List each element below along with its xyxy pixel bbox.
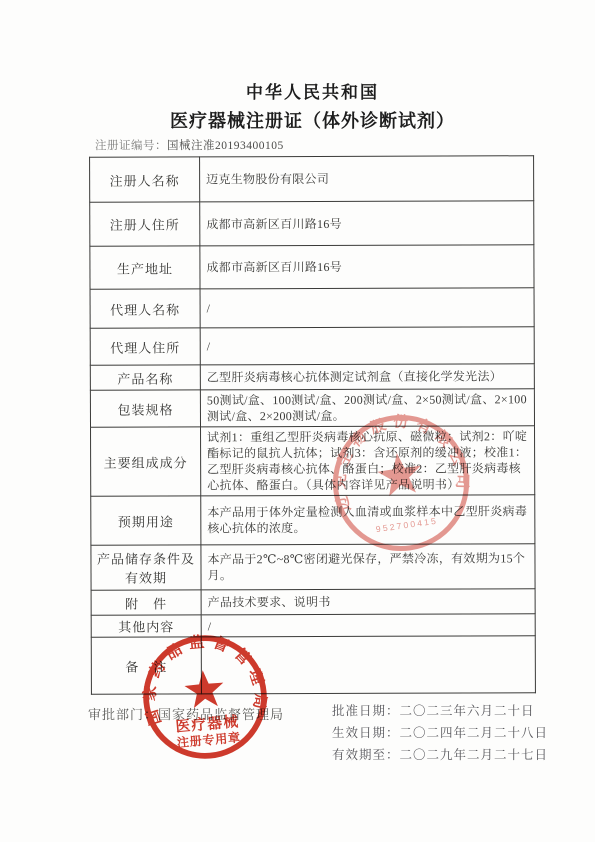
row-value: / xyxy=(201,614,535,637)
row-label: 注册人住所 xyxy=(90,202,200,246)
table-row: 预期用途 本产品用于体外定量检测人血清或血浆样本中乙型肝炎病毒核心抗体的浓度。 xyxy=(91,495,535,546)
table-row: 产品名称 乙型肝炎病毒核心抗体测定试剂盒（直接化学发光法） xyxy=(90,364,534,391)
authority-seal-line2: 注册专用章 xyxy=(176,729,241,750)
table-row: 代理人住所 / xyxy=(90,327,534,366)
row-value: / xyxy=(200,288,534,328)
table-row: 注册人住所 成都市高新区百川路16号 xyxy=(90,201,534,247)
row-label: 备 注 xyxy=(91,637,201,694)
registration-number: 国械注准20193400105 xyxy=(167,140,284,152)
approval-department-label: 审批部门： xyxy=(88,707,158,722)
expiry-date-line: 有效期至：二〇二九年二月二十七日 xyxy=(332,744,548,766)
table-row: 代理人名称 / xyxy=(90,288,534,329)
row-value: 本产品于2℃~8℃密闭避光保存，严禁冷冻，有效期为15个月。 xyxy=(201,544,535,590)
row-label: 产品名称 xyxy=(90,365,200,390)
country-title: 中华人民共和国 xyxy=(90,78,535,103)
certificate-title: 医疗器械注册证（体外诊断试剂） xyxy=(90,107,535,133)
approval-department: 国家药品监督管理局 xyxy=(158,707,284,722)
row-value: 乙型肝炎病毒核心抗体测定试剂盒（直接化学发光法） xyxy=(200,364,534,390)
table-row: 其他内容 / xyxy=(91,614,535,638)
row-label: 代理人名称 xyxy=(90,289,200,328)
row-label: 主要组成成分 xyxy=(91,427,201,496)
row-value: 成都市高新区百川路16号 xyxy=(200,201,534,246)
row-label: 包装规格 xyxy=(90,390,200,427)
row-label: 生产地址 xyxy=(90,246,200,289)
table-row: 附 件 产品技术要求、说明书 xyxy=(91,589,535,616)
effective-date-label: 生效日期： xyxy=(332,726,400,740)
row-value: 50测试/盒、100测试/盒、200测试/盒、2×50测试/盒、2×100测试/… xyxy=(200,389,534,427)
table-row: 主要组成成分 试剂1：重组乙型肝炎病毒核心抗原、磁微粒；试剂2：吖啶酯标记的鼠抗… xyxy=(91,426,535,497)
expiry-date: 二〇二九年二月二十七日 xyxy=(400,748,549,762)
document-header: 中华人民共和国 医疗器械注册证（体外诊断试剂） xyxy=(90,78,535,133)
approval-date: 二〇二三年六月二十日 xyxy=(400,704,535,718)
row-label: 产品储存条件及有效期 xyxy=(91,545,201,590)
approval-date-label: 批准日期： xyxy=(332,704,400,718)
row-value: 产品技术要求、说明书 xyxy=(201,589,535,615)
row-label: 预期用途 xyxy=(91,496,201,545)
effective-date: 二〇二四年二月二十八日 xyxy=(400,726,549,740)
row-value: / xyxy=(200,327,534,365)
certificate-page: 中华人民共和国 医疗器械注册证（体外诊断试剂） 注册证编号：国械注准201934… xyxy=(0,0,595,842)
approval-date-line: 批准日期：二〇二三年六月二十日 xyxy=(332,700,548,722)
approval-department-line: 审批部门：国家药品监督管理局 xyxy=(88,704,284,723)
row-label: 附 件 xyxy=(91,590,201,615)
row-value xyxy=(201,636,535,694)
row-value: 本产品用于体外定量检测人血清或血浆样本中乙型肝炎病毒核心抗体的浓度。 xyxy=(201,495,535,545)
table-row: 注册人名称 迈克生物股份有限公司 xyxy=(90,156,534,203)
row-label: 代理人住所 xyxy=(90,328,200,365)
row-value: 成都市高新区百川路16号 xyxy=(200,245,534,289)
effective-date-line: 生效日期：二〇二四年二月二十八日 xyxy=(332,722,548,744)
row-label: 其他内容 xyxy=(91,615,201,637)
registration-number-label: 注册证编号： xyxy=(95,140,167,152)
row-label: 注册人名称 xyxy=(90,157,200,202)
registration-number-line: 注册证编号：国械注准20193400105 xyxy=(95,137,284,153)
footer-dates: 批准日期：二〇二三年六月二十日 生效日期：二〇二四年二月二十八日 有效期至：二〇… xyxy=(332,700,548,766)
table-row: 产品储存条件及有效期 本产品于2℃~8℃密闭避光保存，严禁冷冻，有效期为15个月… xyxy=(91,544,535,591)
row-value: 迈克生物股份有限公司 xyxy=(200,156,534,202)
expiry-date-label: 有效期至： xyxy=(332,748,400,762)
table-row: 包装规格 50测试/盒、100测试/盒、200测试/盒、2×50测试/盒、2×1… xyxy=(90,389,534,428)
table-row: 备 注 xyxy=(91,636,535,695)
table-row: 生产地址 成都市高新区百川路16号 xyxy=(90,245,534,290)
row-value: 试剂1：重组乙型肝炎病毒核心抗原、磁微粒；试剂2：吖啶酯标记的鼠抗人抗体；试剂3… xyxy=(201,426,535,496)
certificate-table: 注册人名称 迈克生物股份有限公司 注册人住所 成都市高新区百川路16号 生产地址… xyxy=(89,155,536,695)
